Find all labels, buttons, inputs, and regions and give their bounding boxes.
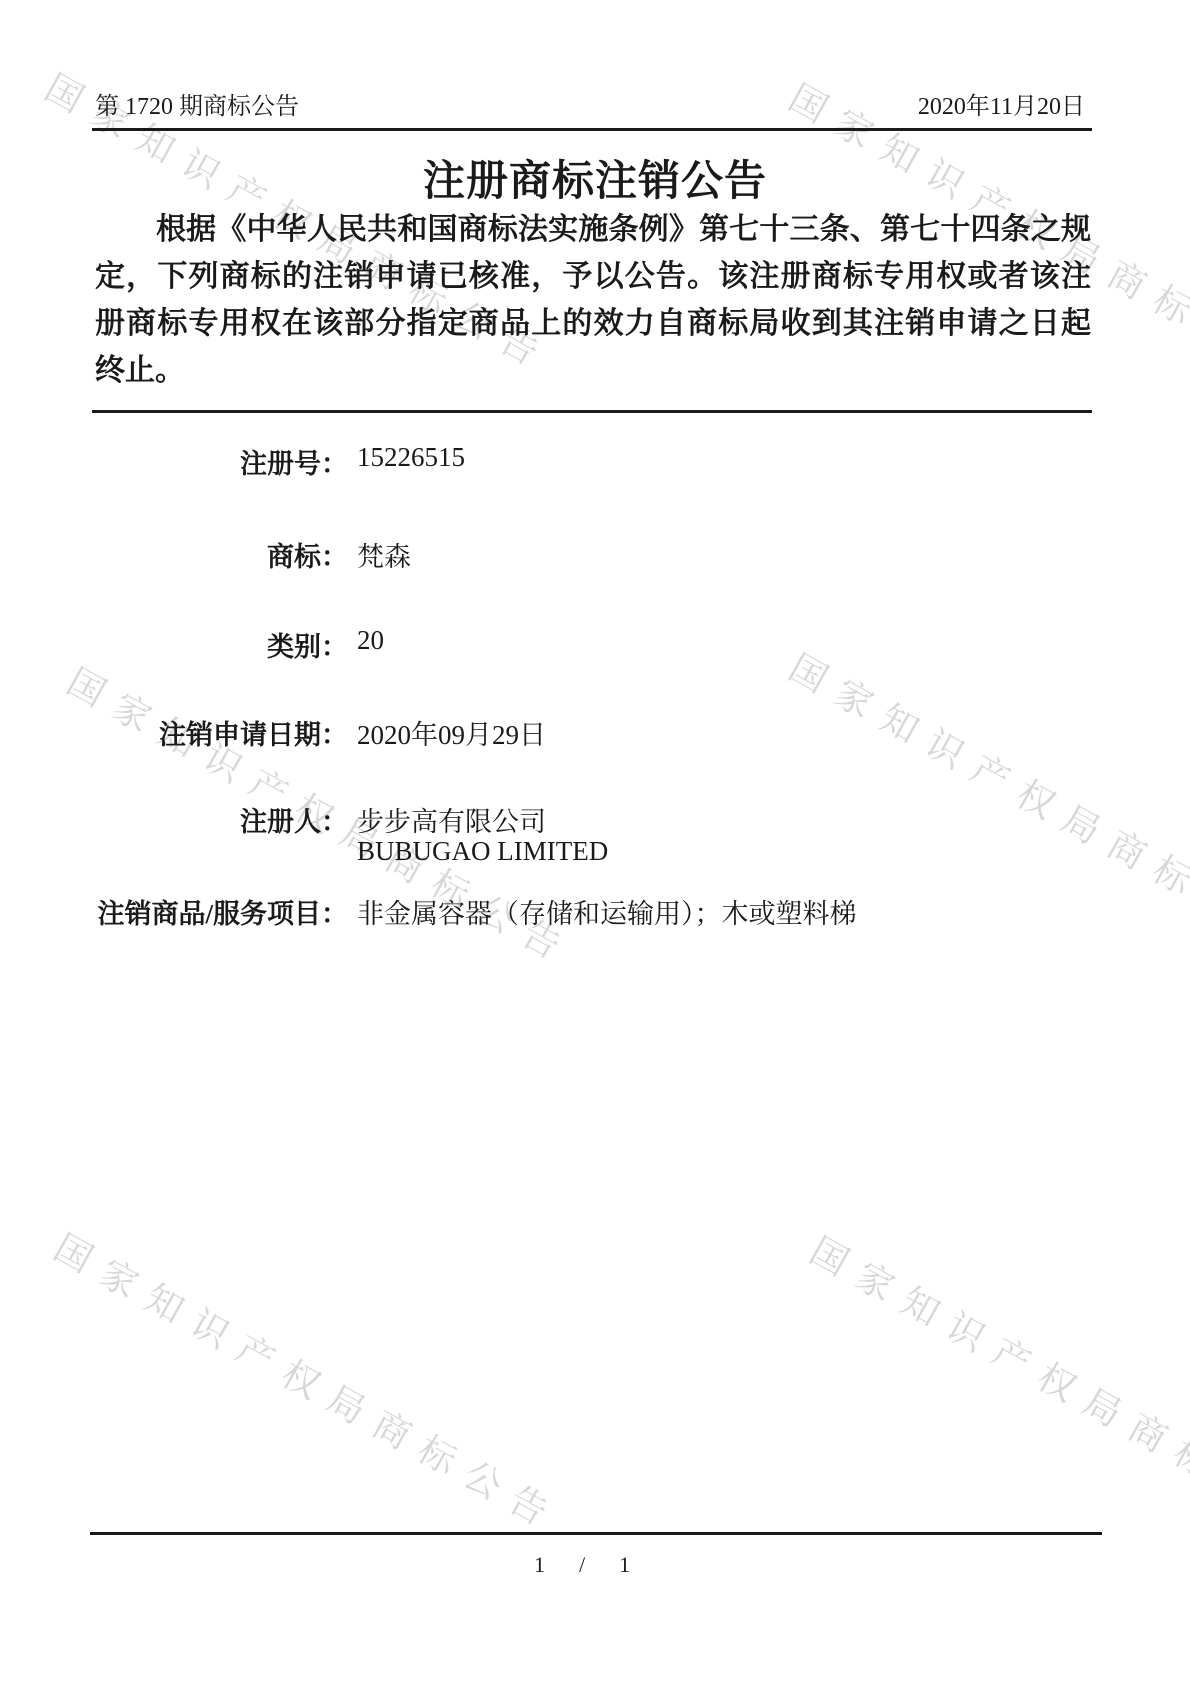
gazette-date: 2020年11月20日 [918, 86, 1085, 121]
header-divider [92, 128, 1092, 131]
field-label-class: 类别： [0, 625, 348, 664]
field-value-trademark: 梵森 [357, 535, 1087, 574]
field-value-class: 20 [357, 625, 1087, 656]
page-number-separator: / [579, 1552, 585, 1578]
footer-divider [90, 1532, 1102, 1535]
watermark-text: 国家知识产权局商标公告 [802, 1221, 1190, 1546]
paragraph-line: 册商标专用权在该部分指定商品上的效力自商标局收到其注销申请之日起 [95, 300, 1091, 347]
field-label-registrant: 注册人： [0, 800, 348, 839]
field-value-cancellation-application-date: 2020年09月29日 [357, 713, 1087, 752]
field-value-registrant: 步步高有限公司 [357, 800, 1087, 839]
field-value-registration-number: 15226515 [357, 442, 1087, 473]
registrant-en-name: BUBUGAO LIMITED [357, 836, 608, 867]
document-page: 国家知识产权局商标公告 国家知识产权局商标公告 国家知识产权局商标公告 国家知识… [0, 0, 1190, 1684]
field-row: 注册号： 15226515 [0, 442, 1190, 476]
field-value-cancelled-goods-services: 非金属容器（存储和运输用）；木或塑料梯 [357, 892, 1087, 931]
paragraph-line: 终止。 [95, 347, 1091, 394]
field-row: 注销商品/服务项目： 非金属容器（存储和运输用）；木或塑料梯 [0, 892, 1190, 926]
field-row: 商标： 梵森 [0, 535, 1190, 569]
page-number: 1 / 1 [0, 1552, 1164, 1578]
field-row: 注销申请日期： 2020年09月29日 [0, 713, 1190, 747]
field-label-cancelled-goods-services: 注销商品/服务项目： [0, 892, 348, 931]
current-page-number: 1 [534, 1552, 545, 1578]
page-title: 注册商标注销公告 [0, 148, 1190, 208]
paragraph-line: 根据《中华人民共和国商标法实施条例》第七十三条、第七十四条之规 [95, 206, 1091, 253]
field-label-cancellation-application-date: 注销申请日期： [0, 713, 348, 752]
field-row: 类别： 20 [0, 625, 1190, 659]
field-row: 注册人： 步步高有限公司 [0, 800, 1190, 834]
field-label-registration-number: 注册号： [0, 442, 348, 481]
section-divider [92, 410, 1092, 413]
watermark-text: 国家知识产权局商标公告 [46, 1218, 572, 1543]
field-label-trademark: 商标： [0, 535, 348, 574]
notice-paragraph: 根据《中华人民共和国商标法实施条例》第七十三条、第七十四条之规 定，下列商标的注… [95, 206, 1091, 394]
gazette-issue-number: 第 1720 期商标公告 [95, 86, 299, 121]
paragraph-line: 定，下列商标的注销申请已核准，予以公告。该注册商标专用权或者该注 [95, 253, 1091, 300]
total-page-number: 1 [619, 1552, 630, 1578]
